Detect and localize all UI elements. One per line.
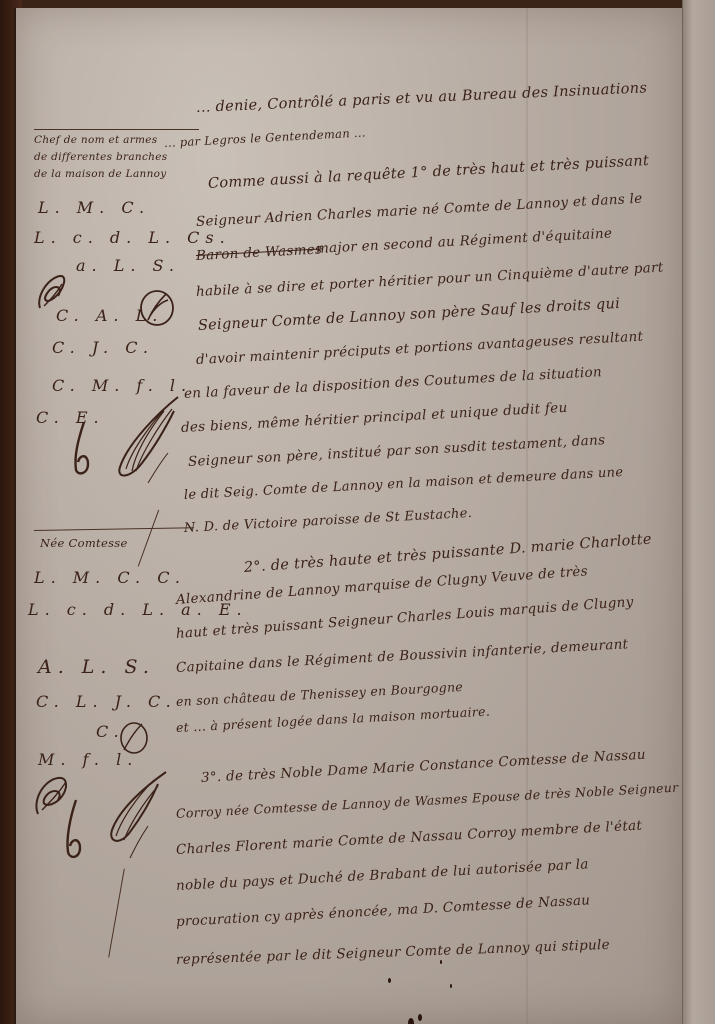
margin-stroke [138,510,159,567]
body-line: Seigneur Adrien Charles marie né Comte d… [196,191,643,230]
body-line: et ... à présent logée dans la maison mo… [176,704,491,735]
ink-spot [408,1018,414,1024]
body-line: Capitaine dans le Régiment de Boussivin … [176,636,629,676]
margin-initials: C. L. J. C. [36,692,177,711]
signature-flourish-icon [96,768,176,858]
margin-initials: L. M. C. [38,198,150,217]
adjacent-page-edge [682,0,715,1024]
margin-initials: C. J. C. [52,338,154,357]
ink-spot [418,1014,422,1021]
margin-heading-line: de la maison de Lannoy [34,168,167,180]
body-line: le dit Seig. Comte de Lannoy en la maiso… [184,465,624,503]
margin-rule [34,129,199,130]
ink-spot [440,960,442,964]
signature-flourish-icon [60,798,88,860]
body-line: des biens, même héritier principal et un… [181,400,568,436]
section-rule [34,527,194,531]
signature-flourish-icon [108,393,188,483]
margin-heading-line: de differentes branches [34,151,167,163]
margin-initials: L. M. C. C. [34,568,186,587]
body-line: Comme aussi à la requête 1° de très haut… [208,153,650,192]
margin-section-label: Née Comtesse [40,536,128,550]
body-line: représentée par le dit Seigneur Comte de… [176,937,610,968]
margin-initials: A. L. S. [38,656,155,678]
body-line: Seigneur Comte de Lannoy son père Sauf l… [198,296,621,334]
body-line: Seigneur son père, institué par son susd… [188,432,606,470]
body-line: Charles Florent marie Comte de Nassau Co… [176,818,643,858]
body-line: en la faveur de la disposition des Coutu… [184,364,603,402]
body-line-continued: major en second au Régiment d'équitaine [316,225,613,257]
signature-flourish-icon [34,270,74,314]
signature-flourish-icon [68,420,98,476]
body-line: ... denie, Contrôlé a paris et vu au Bur… [196,80,648,116]
ink-spot [450,984,452,988]
body-line: 3°. de très Noble Dame Marie Constance C… [201,747,647,786]
margin-initials: a. L. S. [76,256,180,275]
body-line: 2°. de très haute et très puissante D. m… [243,532,652,576]
margin-heading-line: Chef de nom et armes [34,134,158,146]
margin-initials: L. c. d. L. Cs. [34,228,231,247]
body-line: Corroy née Comtesse de Lannoy de Wasmes … [176,780,679,821]
margin-initials: L. c. d. L. a. E. [28,600,248,619]
body-line: en son château de Thenissey en Bourgogne [176,679,464,709]
body-line: habile à se dire et porter héritier pour… [196,260,664,300]
body-line: procuration cy après énoncée, ma D. Comt… [176,892,591,930]
signature-flourish-icon [112,718,152,758]
manuscript-page: ... denie, Contrôlé a paris et vu au Bur… [14,8,682,1024]
ink-spot [388,978,391,983]
margin-stroke [108,869,125,958]
body-line: d'avoir maintenir préciputs et portions … [196,329,644,368]
signature-flourish-icon [134,286,180,332]
body-line: N. D. de Victoire paroisse de St Eustach… [184,506,473,536]
